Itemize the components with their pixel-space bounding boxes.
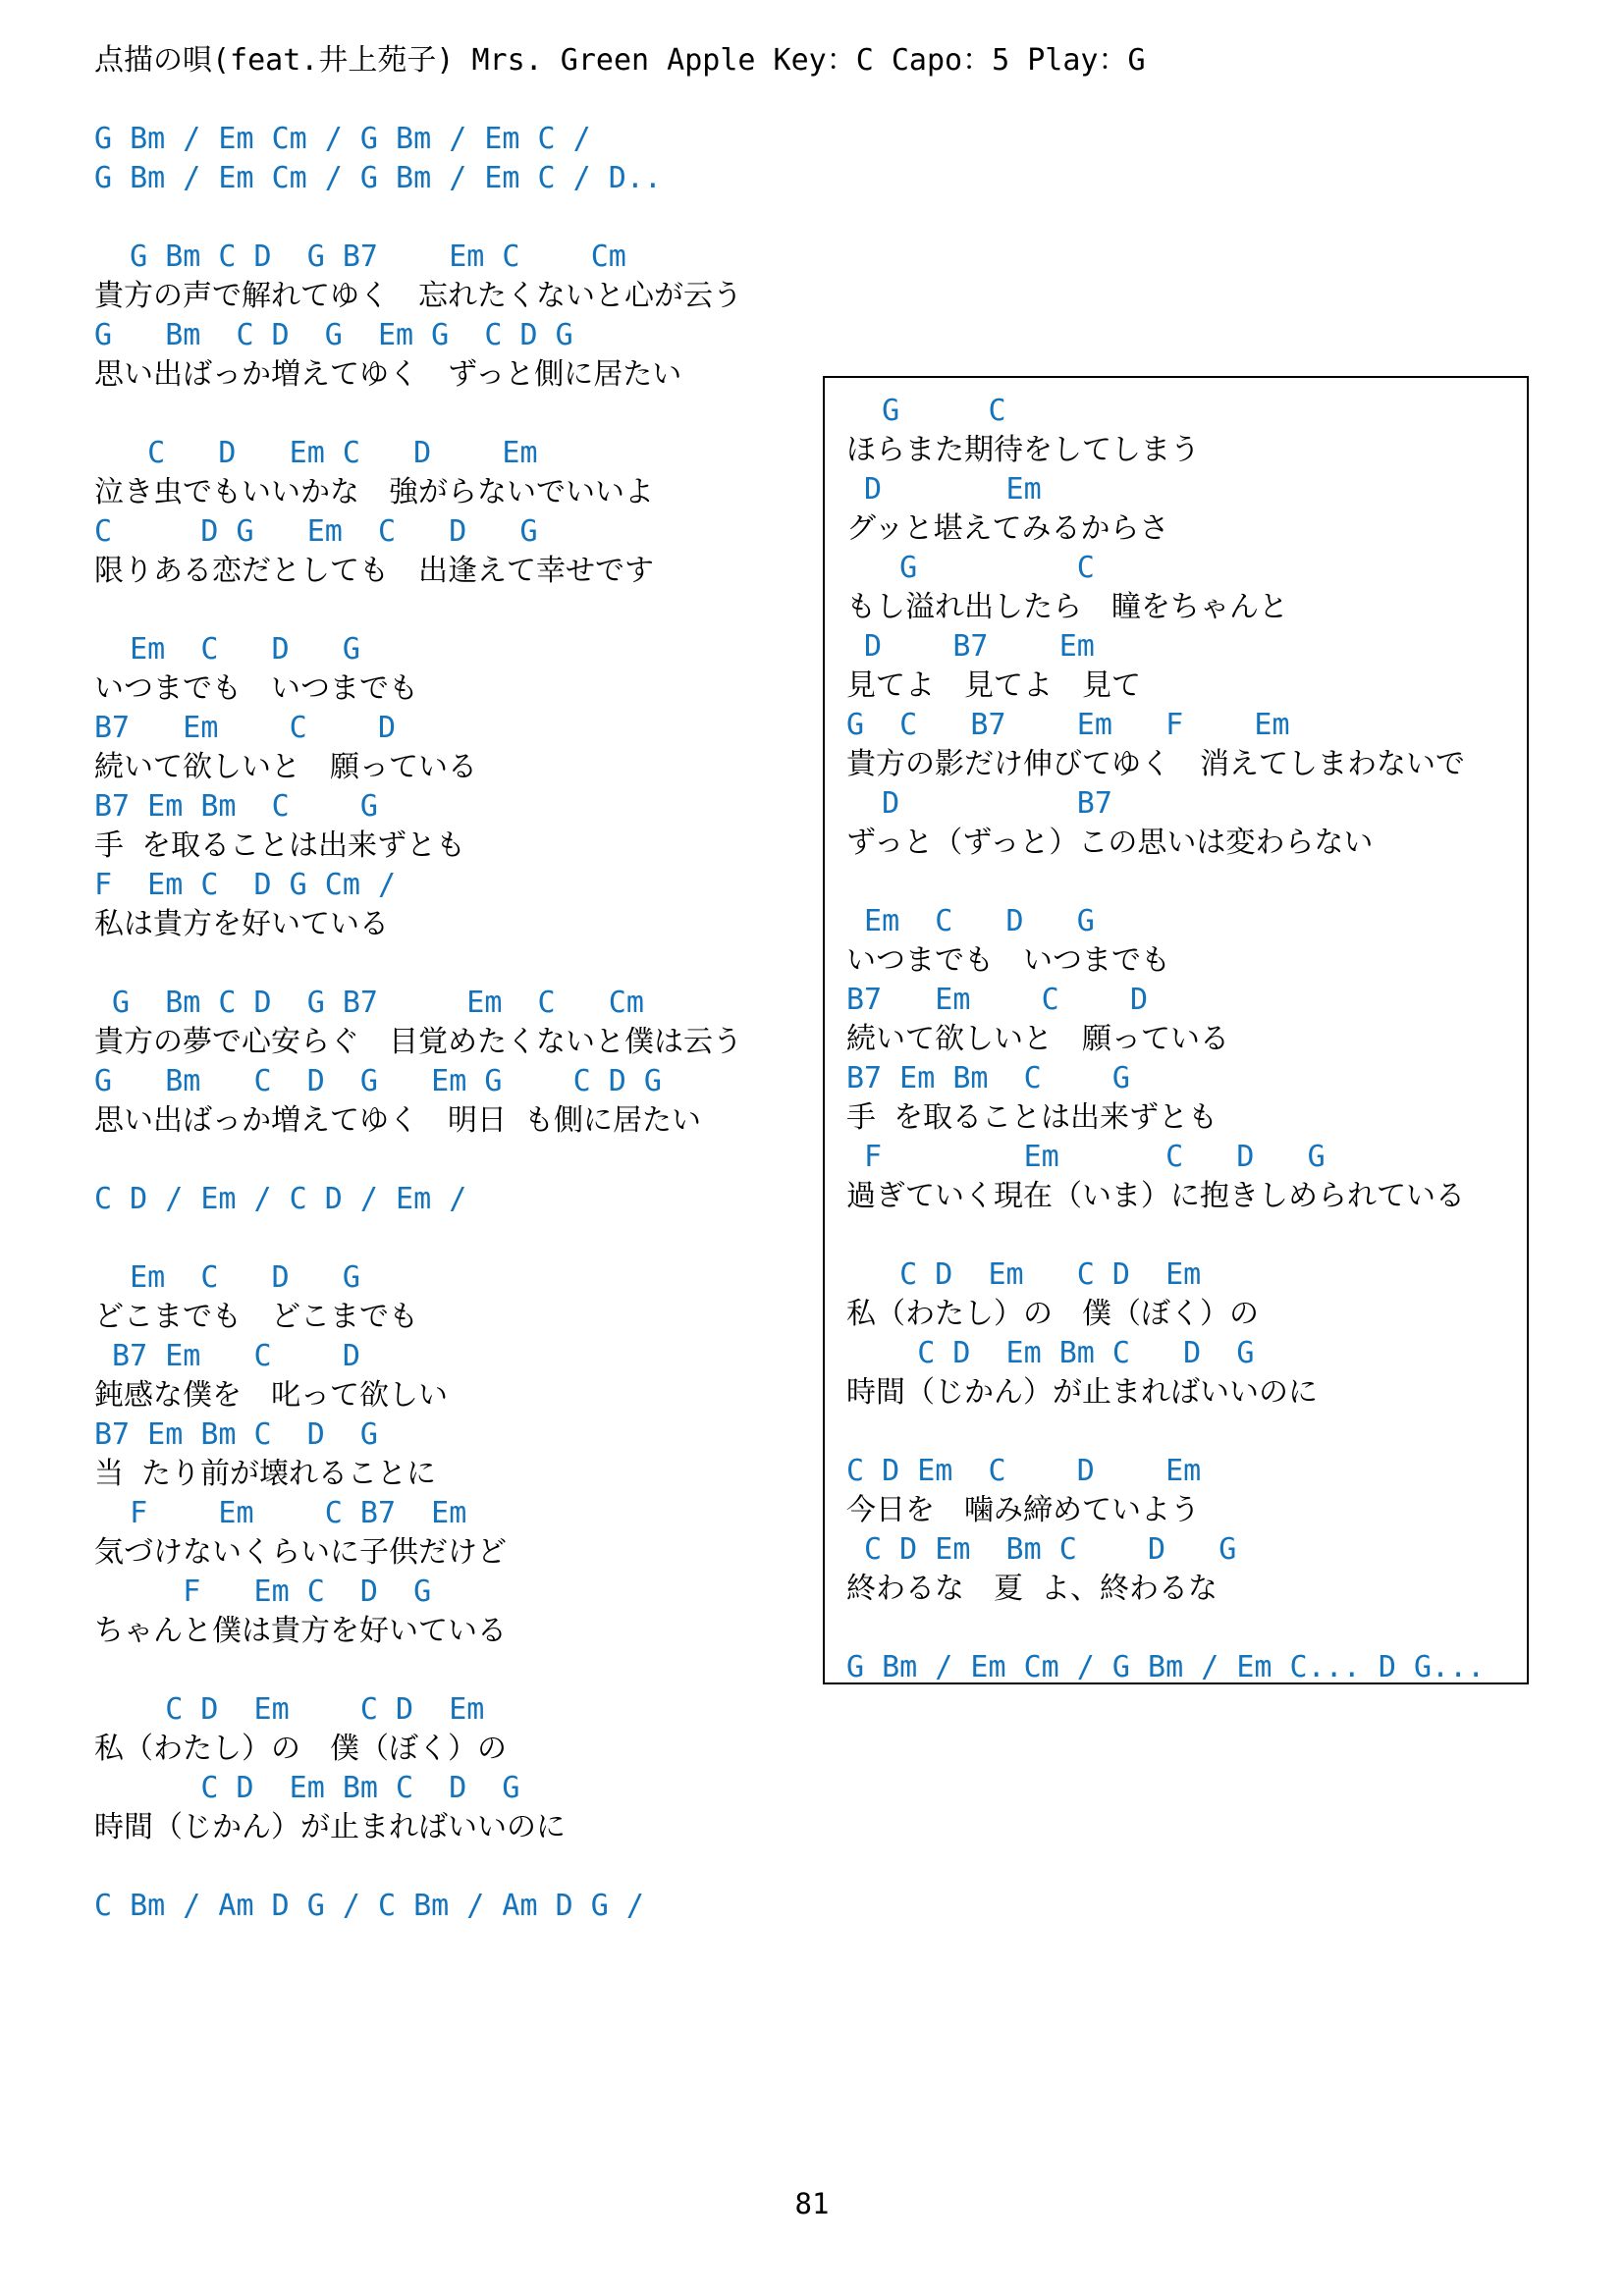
- lyric-line: 続いて欲しいと 願っている: [94, 748, 742, 787]
- lyric-line: 思い出ばっか増えてゆく ずっと側に居たい: [94, 355, 742, 395]
- lyric-line: 泣き虫でもいいかな 強がらないでいいよ: [94, 473, 742, 512]
- chord-line: G C B7 Em F Em: [846, 706, 1519, 745]
- lyric-line: 手 を取ることは出来ずとも: [846, 1098, 1519, 1138]
- chord-line: G Bm C D G B7 Em C Cm: [94, 238, 742, 277]
- lyric-line: 貴方の夢で心安らぐ 目覚めたくないと僕は云う: [94, 1023, 742, 1062]
- chord-line: Em C D G: [846, 902, 1519, 941]
- lyric-line: ずっと（ずっと）この思いは変わらない: [846, 824, 1519, 863]
- blank-line: [846, 1609, 1519, 1648]
- blank-line: [94, 198, 742, 238]
- chord-line: F Em C B7 Em: [94, 1494, 742, 1533]
- lyric-line: どこまでも どこまでも: [94, 1298, 742, 1337]
- chord-line: G C: [846, 549, 1519, 588]
- blank-line: [94, 395, 742, 434]
- chord-line: Em C D G: [94, 1258, 742, 1298]
- chord-line: B7 Em C D: [846, 981, 1519, 1020]
- lyric-line: 見てよ 見てよ 見て: [846, 667, 1519, 706]
- lyric-line: 私（わたし）の 僕（ぼく）の: [846, 1295, 1519, 1334]
- lyric-line: 貴方の影だけ伸びてゆく 消えてしまわないで: [846, 745, 1519, 784]
- chord-line: G Bm C D G Em G C D G: [94, 1062, 742, 1101]
- blank-line: [94, 944, 742, 984]
- chord-line: C D Em C D Em: [94, 434, 742, 473]
- blank-line: [94, 591, 742, 630]
- blank-line: [94, 1847, 742, 1887]
- chord-line: D Em: [846, 470, 1519, 509]
- lyric-line: 時間（じかん）が止まればいいのに: [94, 1808, 742, 1847]
- chord-line: D B7 Em: [846, 627, 1519, 667]
- chord-line: B7 Em C D: [94, 1337, 742, 1376]
- blank-line: [94, 1141, 742, 1180]
- lyric-line: 続いて欲しいと 願っている: [846, 1020, 1519, 1059]
- repeat-section-box: G Cほらまた期待をしてしまう D Emグッと堪えてみるからさ G Cもし溢れ出…: [823, 376, 1529, 1684]
- chord-line: C D Em Bm C D G: [94, 1769, 742, 1808]
- chord-line: G Bm / Em Cm / G Bm / Em C /: [94, 120, 742, 159]
- chord-line: D B7: [846, 784, 1519, 824]
- page-number: 81: [0, 2187, 1624, 2220]
- lyric-line: 限りある恋だとしても 出逢えて幸せです: [94, 552, 742, 591]
- lyric-line: いつまでも いつまでも: [94, 669, 742, 709]
- chord-line: Em C D G: [94, 630, 742, 669]
- chord-line: G C: [846, 392, 1519, 431]
- chord-line: C D Em C D Em: [846, 1255, 1519, 1295]
- chord-line: G Bm / Em Cm / G Bm / Em C / D..: [94, 159, 742, 198]
- chord-line: B7 Em Bm C D G: [94, 1415, 742, 1455]
- chord-line: C D Em Bm C D G: [846, 1334, 1519, 1373]
- lyric-line: 手 を取ることは出来ずとも: [94, 827, 742, 866]
- chord-line: G Bm C D G Em G C D G: [94, 316, 742, 355]
- lyric-line: 過ぎていく現在（いま）に抱きしめられている: [846, 1177, 1519, 1216]
- chord-line: B7 Em Bm C G: [94, 787, 742, 827]
- chord-line: F Em C D G: [846, 1138, 1519, 1177]
- left-column: G Bm / Em Cm / G Bm / Em C /G Bm / Em Cm…: [94, 120, 742, 1926]
- blank-line: [846, 863, 1519, 902]
- chord-line: C Bm / Am D G / C Bm / Am D G /: [94, 1887, 742, 1926]
- lyric-line: グッと堪えてみるからさ: [846, 509, 1519, 549]
- lyric-line: ちゃんと僕は貴方を好いている: [94, 1612, 742, 1651]
- chord-line: C D G Em C D G: [94, 512, 742, 552]
- lyric-line: 鈍感な僕を 叱って欲しい: [94, 1376, 742, 1415]
- chord-line: G Bm / Em Cm / G Bm / Em C... D G...: [846, 1648, 1519, 1684]
- lyric-line: ほらまた期待をしてしまう: [846, 431, 1519, 470]
- chord-line: B7 Em Bm C G: [846, 1059, 1519, 1098]
- blank-line: [94, 1219, 742, 1258]
- blank-line: [846, 1413, 1519, 1452]
- lyric-line: もし溢れ出したら 瞳をちゃんと: [846, 588, 1519, 627]
- lyric-line: 当 たり前が壊れることに: [94, 1455, 742, 1494]
- chord-line: C D Em Bm C D G: [846, 1530, 1519, 1570]
- blank-line: [846, 1216, 1519, 1255]
- blank-line: [94, 1651, 742, 1690]
- lyric-line: 私（わたし）の 僕（ぼく）の: [94, 1730, 742, 1769]
- lyric-line: 気づけないくらいに子供だけど: [94, 1533, 742, 1573]
- lyric-line: 思い出ばっか増えてゆく 明日 も側に居たい: [94, 1101, 742, 1141]
- lyric-line: いつまでも いつまでも: [846, 941, 1519, 981]
- lyric-line: 私は貴方を好いている: [94, 905, 742, 944]
- lyric-line: 時間（じかん）が止まればいいのに: [846, 1373, 1519, 1413]
- chord-line: C D Em C D Em: [846, 1452, 1519, 1491]
- chord-line: F Em C D G Cm /: [94, 866, 742, 905]
- lyric-line: 貴方の声で解れてゆく 忘れたくないと心が云う: [94, 277, 742, 316]
- chord-line: G Bm C D G B7 Em C Cm: [94, 984, 742, 1023]
- lyric-line: 今日を 噛み締めていよう: [846, 1491, 1519, 1530]
- chord-line: C D / Em / C D / Em /: [94, 1180, 742, 1219]
- chord-line: B7 Em C D: [94, 709, 742, 748]
- lyric-line: 終わるな 夏 よ、終わるな: [846, 1570, 1519, 1609]
- chord-line: C D Em C D Em: [94, 1690, 742, 1730]
- chord-line: F Em C D G: [94, 1573, 742, 1612]
- song-title: 点描の唄(feat.井上苑子) Mrs. Green Apple Key：C C…: [94, 41, 1146, 80]
